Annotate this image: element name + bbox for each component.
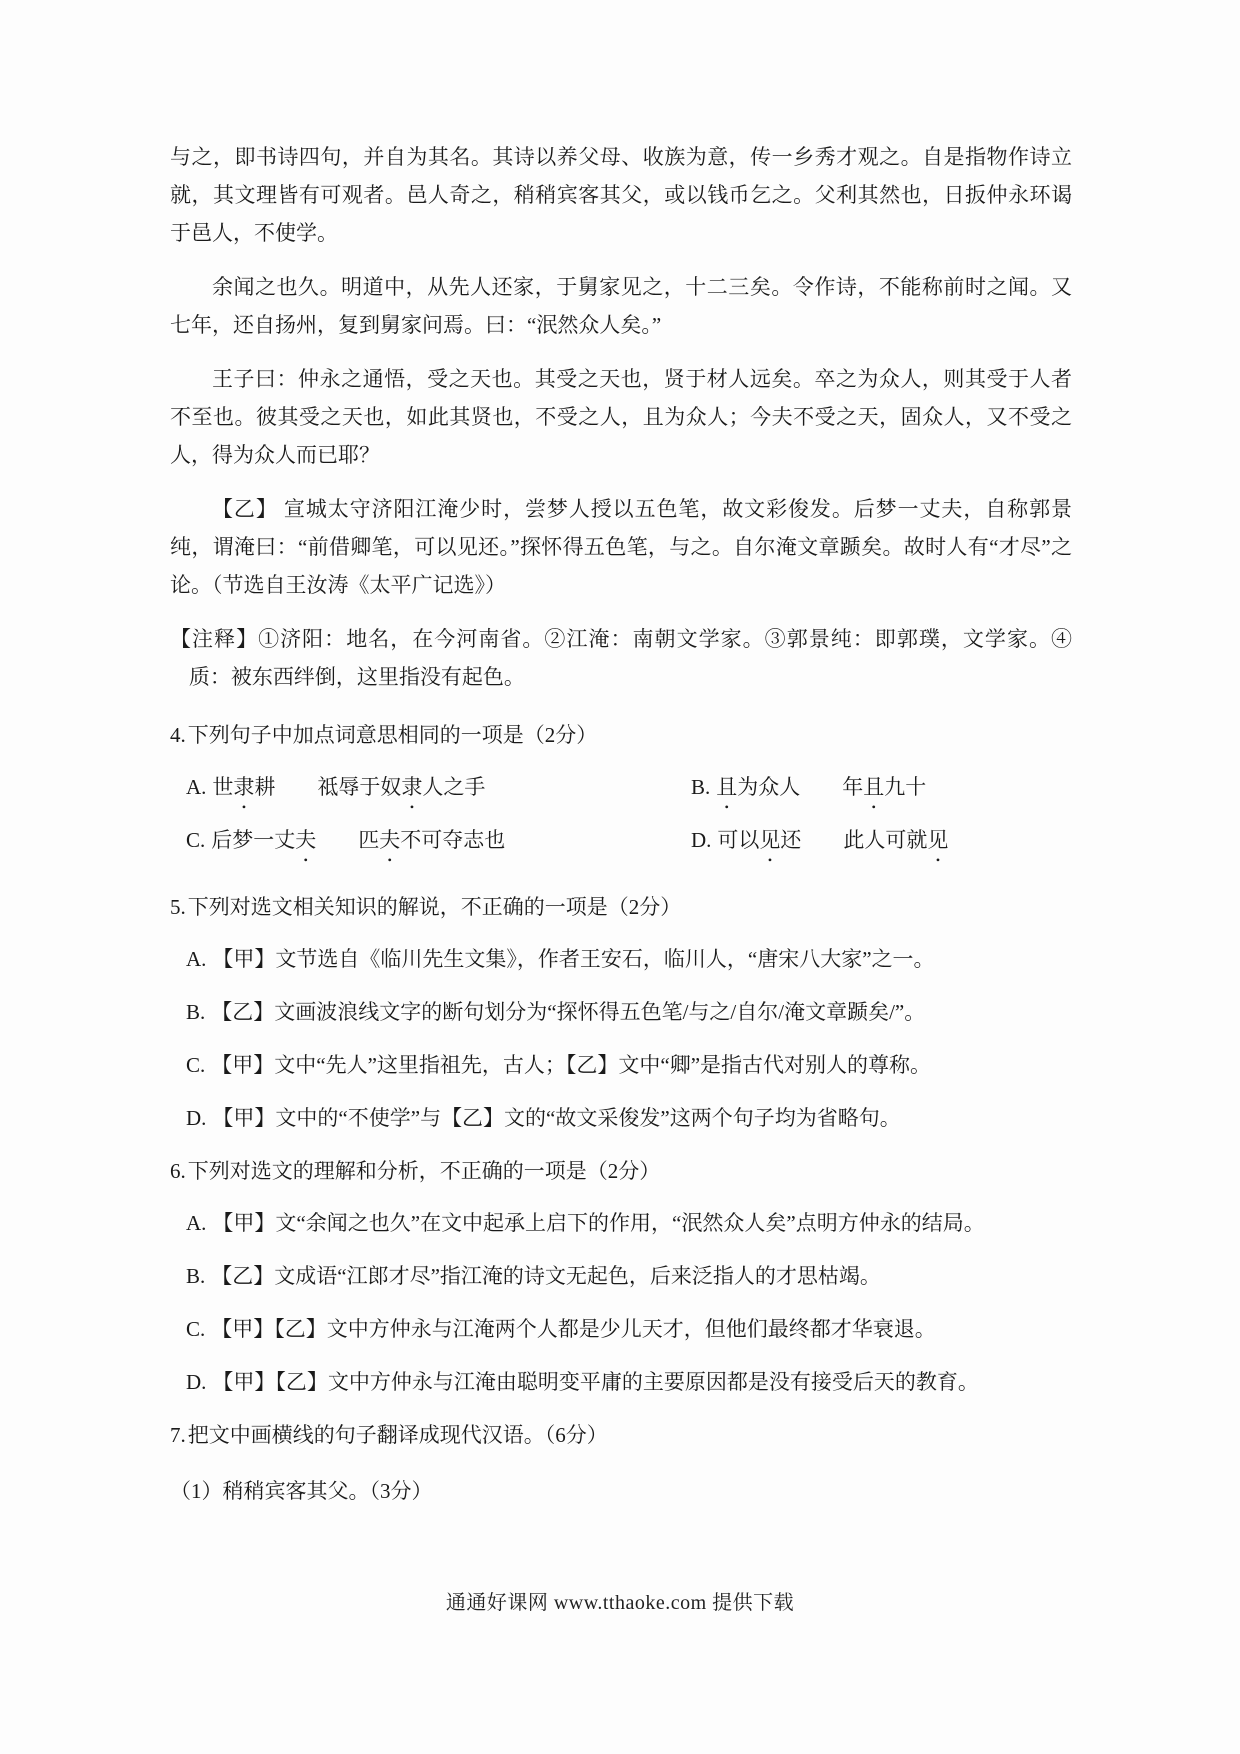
- text-segment: 年: [842, 775, 863, 799]
- option-a: A.世隶耕祗辱于奴隶人之手: [186, 768, 691, 806]
- emphasized-char: 见: [927, 828, 948, 852]
- option-b: B.且为众人年且九十: [691, 768, 1072, 806]
- option-label: A.: [186, 775, 206, 799]
- option-d: D.可以见还此人可就见: [691, 821, 1072, 859]
- option-text: 【乙】文画波浪线文字的断句划分为“探怀得五色笔/与之/自尔/淹文章踬矣/”。: [211, 1000, 925, 1024]
- text-segment: 九十: [884, 775, 926, 799]
- option-label: C.: [186, 1317, 205, 1341]
- phrase-1: 可以见还: [717, 828, 801, 852]
- question-4: 4.下列句子中加点词意思相同的一项是（2分） A.世隶耕祗辱于奴隶人之手 B.且…: [170, 716, 1072, 874]
- phrase-1: 后梦一丈夫: [211, 828, 316, 852]
- phrase-2: 年且九十: [842, 775, 926, 799]
- passage-jia-para3: 王子曰：仲永之通悟，受之天也。其受之天也，贤于材人远矣。卒之为众人，则其受于人者…: [170, 360, 1072, 474]
- option-a: A.【甲】文节选自《临川先生文集》，作者王安石，临川人，“唐宋八大家”之一。: [170, 940, 1072, 978]
- text-segment: 后梦一丈: [211, 828, 295, 852]
- question-number: 4.: [170, 723, 186, 747]
- option-label: D.: [186, 1370, 206, 1394]
- text-segment: 祗辱于奴: [317, 775, 401, 799]
- question-7-sub1: （1）稍稍宾客其父。（3分）: [170, 1472, 1072, 1510]
- text-segment: 匹: [358, 828, 379, 852]
- option-c: C.【甲】文中“先人”这里指祖先，古人；【乙】文中“卿”是指古代对别人的尊称。: [170, 1046, 1072, 1084]
- passage-jia-para2: 余闻之也久。明道中，从先人还家，于舅家见之，十二三矣。令作诗，不能称前时之闻。又…: [170, 268, 1072, 344]
- emphasized-char: 夫: [379, 828, 400, 852]
- question-7-stem: 7.把文中画横线的句子翻译成现代汉语。（6分）: [170, 1416, 1072, 1454]
- option-text: 【甲】【乙】文中方仲永与江淹由聪明变平庸的主要原因都是没有接受后天的教育。: [212, 1370, 979, 1394]
- option-b: B.【乙】文画波浪线文字的断句划分为“探怀得五色笔/与之/自尔/淹文章踬矣/”。: [170, 993, 1072, 1031]
- text-segment: 人之手: [422, 775, 485, 799]
- option-label: B.: [186, 1264, 205, 1288]
- question-5: 5.下列对选文相关知识的解说，不正确的一项是（2分） A.【甲】文节选自《临川先…: [170, 888, 1072, 1137]
- phrase-1: 且为众人: [716, 775, 800, 799]
- passage-notes: 【注释】①济阳：地名，在今河南省。②江淹：南朝文学家。③郭景纯：即郭璞，文学家。…: [170, 620, 1072, 696]
- question-4-options: A.世隶耕祗辱于奴隶人之手 B.且为众人年且九十 C.后梦一丈夫匹夫不可夺志也 …: [170, 768, 1072, 874]
- option-text: 【甲】文节选自《临川先生文集》，作者王安石，临川人，“唐宋八大家”之一。: [212, 947, 934, 971]
- option-text: 【甲】文中的“不使学”与【乙】文的“故文采俊发”这两个句子均为省略句。: [212, 1106, 900, 1130]
- option-label: A.: [186, 1211, 206, 1235]
- option-label: A.: [186, 947, 206, 971]
- emphasized-char: 且: [716, 775, 737, 799]
- text-segment: 不可夺志也: [400, 828, 505, 852]
- option-label: B.: [186, 1000, 205, 1024]
- option-text: 【甲】文“余闻之也久”在文中起承上启下的作用，“泯然众人矣”点明方仲永的结局。: [212, 1211, 984, 1235]
- text-segment: 可以: [717, 828, 759, 852]
- text-segment: 耕: [254, 775, 275, 799]
- option-label: C.: [186, 828, 205, 852]
- text-segment: 为众人: [737, 775, 800, 799]
- option-label: D.: [186, 1106, 206, 1130]
- option-c: C.【甲】【乙】文中方仲永与江淹两个人都是少儿天才，但他们最终都才华衰退。: [170, 1310, 1072, 1348]
- emphasized-char: 见: [759, 828, 780, 852]
- option-text: 【乙】文成语“江郎才尽”指江淹的诗文无起色，后来泛指人的才思枯竭。: [211, 1264, 881, 1288]
- phrase-1: 世隶耕: [212, 775, 275, 799]
- phrase-2: 此人可就见: [843, 828, 948, 852]
- question-stem-text: 把文中画横线的句子翻译成现代汉语。（6分）: [188, 1423, 608, 1447]
- option-d: D.【甲】【乙】文中方仲永与江淹由聪明变平庸的主要原因都是没有接受后天的教育。: [170, 1363, 1072, 1401]
- text-segment: 此人可就: [843, 828, 927, 852]
- passage-jia-para1: 与之，即书诗四句，并自为其名。其诗以养父母、收族为意，传一乡秀才观之。自是指物作…: [170, 138, 1072, 252]
- question-stem-text: 下列对选文的理解和分析，不正确的一项是（2分）: [188, 1159, 661, 1183]
- emphasized-char: 夫: [295, 828, 316, 852]
- passage-yi-para: 【乙】 宣城太守济阳江淹少时，尝梦人授以五色笔，故文彩俊发。后梦一丈夫，自称郭景…: [170, 490, 1072, 604]
- text-segment: 还: [780, 828, 801, 852]
- option-label: C.: [186, 1053, 205, 1077]
- question-6-stem: 6.下列对选文的理解和分析，不正确的一项是（2分）: [170, 1152, 1072, 1190]
- question-6: 6.下列对选文的理解和分析，不正确的一项是（2分） A.【甲】文“余闻之也久”在…: [170, 1152, 1072, 1401]
- question-7: 7.把文中画横线的句子翻译成现代汉语。（6分） （1）稍稍宾客其父。（3分）: [170, 1416, 1072, 1510]
- question-number: 5.: [170, 895, 186, 919]
- emphasized-char: 隶: [401, 775, 422, 799]
- option-a: A.【甲】文“余闻之也久”在文中起承上启下的作用，“泯然众人矣”点明方仲永的结局…: [170, 1204, 1072, 1242]
- phrase-2: 祗辱于奴隶人之手: [317, 775, 485, 799]
- option-d: D.【甲】文中的“不使学”与【乙】文的“故文采俊发”这两个句子均为省略句。: [170, 1099, 1072, 1137]
- text-segment: 世: [212, 775, 233, 799]
- question-stem-text: 下列句子中加点词意思相同的一项是（2分）: [188, 723, 598, 747]
- question-stem-text: 下列对选文相关知识的解说，不正确的一项是（2分）: [188, 895, 682, 919]
- question-4-stem: 4.下列句子中加点词意思相同的一项是（2分）: [170, 716, 1072, 754]
- option-b: B.【乙】文成语“江郎才尽”指江淹的诗文无起色，后来泛指人的才思枯竭。: [170, 1257, 1072, 1295]
- emphasized-char: 且: [863, 775, 884, 799]
- question-5-stem: 5.下列对选文相关知识的解说，不正确的一项是（2分）: [170, 888, 1072, 926]
- question-number: 7.: [170, 1423, 186, 1447]
- exam-page: 与之，即书诗四句，并自为其名。其诗以养父母、收族为意，传一乡秀才观之。自是指物作…: [0, 0, 1240, 1754]
- option-text: 【甲】文中“先人”这里指祖先，古人；【乙】文中“卿”是指古代对别人的尊称。: [211, 1053, 931, 1077]
- emphasized-char: 隶: [233, 775, 254, 799]
- option-label: B.: [691, 775, 710, 799]
- question-number: 6.: [170, 1159, 186, 1183]
- phrase-2: 匹夫不可夺志也: [358, 828, 505, 852]
- option-text: 【甲】【乙】文中方仲永与江淹两个人都是少儿天才，但他们最终都才华衰退。: [211, 1317, 936, 1341]
- option-c: C.后梦一丈夫匹夫不可夺志也: [186, 821, 691, 859]
- option-label: D.: [691, 828, 711, 852]
- page-footer: 通通好课网 www.tthaoke.com 提供下载: [0, 1584, 1240, 1622]
